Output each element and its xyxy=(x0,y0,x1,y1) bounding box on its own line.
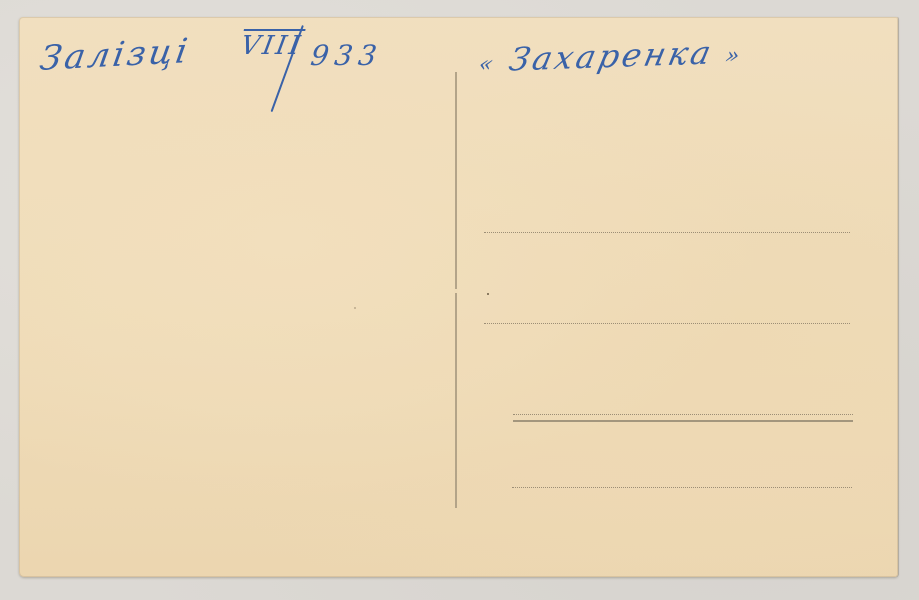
divider-gap xyxy=(454,289,458,293)
open-quote: « xyxy=(476,52,498,78)
paper-speck xyxy=(487,293,489,295)
handwritten-name: « Захаренка » xyxy=(476,32,747,79)
close-quote: » xyxy=(723,43,745,69)
address-line-4 xyxy=(512,487,852,488)
handwritten-date-year: 933 xyxy=(309,39,385,72)
address-line-1 xyxy=(484,232,850,233)
handwritten-place: Залізці xyxy=(37,31,193,79)
address-line-2 xyxy=(484,323,850,324)
address-line-3-dotted xyxy=(513,414,853,415)
address-line-3-solid xyxy=(513,420,853,422)
name-text: Захаренка xyxy=(506,33,718,78)
postcard: Залізці VIII 933 « Захаренка » xyxy=(19,17,898,577)
paper-speck xyxy=(354,307,356,309)
